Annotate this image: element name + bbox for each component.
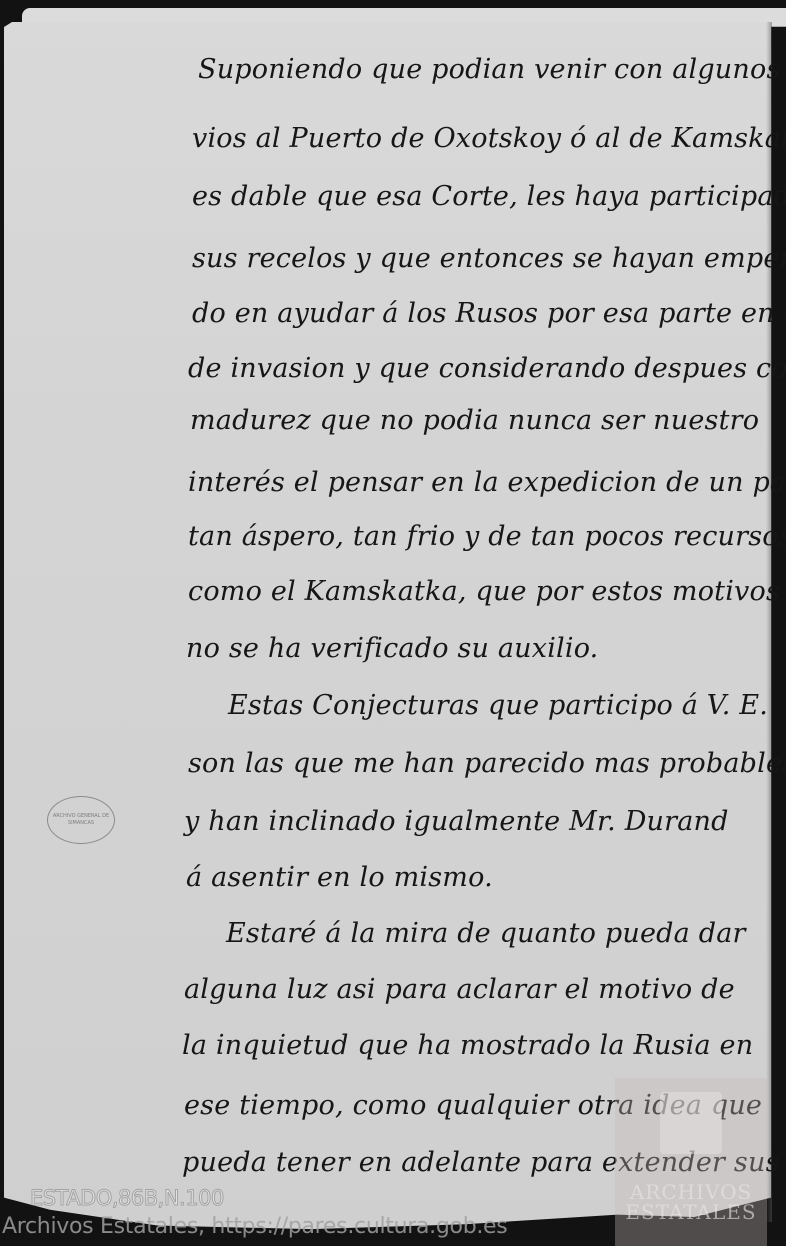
document-reference-watermark: ESTADO,86B,N.100 [30,1186,224,1210]
archive-stamp-text: ARCHIVO GENERAL DE SIMANCAS [48,813,114,827]
manuscript-line: á asentir en lo mismo. [186,862,493,893]
source-watermark: Archivos Estatales, https://pares.cultur… [2,1214,507,1239]
manuscript-line: Suponiendo que podian venir con algunos … [198,54,786,85]
manuscript-line: no se ha verificado su auxilio. [186,633,598,664]
archive-stamp: ARCHIVO GENERAL DE SIMANCAS [47,796,115,844]
archivos-estatales-logo: ARCHIVOS ESTATALES [615,1078,767,1246]
manuscript-line: de invasion y que considerando despues c… [188,353,786,384]
manuscript-scan: Suponiendo que podian venir con algunos … [0,0,786,1246]
manuscript-line: vios al Puerto de Oxotskoy ó al de Kamsk… [192,123,786,154]
manuscript-text: Suponiendo que podian venir con algunos … [0,0,786,1246]
manuscript-line: sus recelos y que entonces se hayan empe… [192,243,786,274]
manuscript-line: alguna luz asi para aclarar el motivo de [184,974,735,1005]
manuscript-line: Estas Conjecturas que participo á V. E. [228,690,768,721]
manuscript-line: do en ayudar á los Rusos por esa parte e… [192,298,786,329]
archivos-logo-text: ARCHIVOS ESTATALES [621,1182,761,1222]
archivos-logo-icon [660,1092,722,1154]
manuscript-line: es dable que esa Corte, les haya partici… [192,181,786,212]
manuscript-line: tan áspero, tan frio y de tan pocos recu… [188,521,786,552]
manuscript-line: Estaré á la mira de quanto pueda dar [226,918,746,949]
manuscript-line: como el Kamskatka, que por estos motivos [188,576,780,607]
manuscript-line: madurez que no podia nunca ser nuestro [190,405,759,436]
manuscript-line: son las que me han parecido mas probable… [188,748,786,779]
manuscript-line: la inquietud que ha mostrado la Rusia en [182,1030,753,1061]
manuscript-line: interés el pensar en la expedicion de un… [188,467,786,498]
manuscript-line: y han inclinado igualmente Mr. Durand [184,806,729,837]
